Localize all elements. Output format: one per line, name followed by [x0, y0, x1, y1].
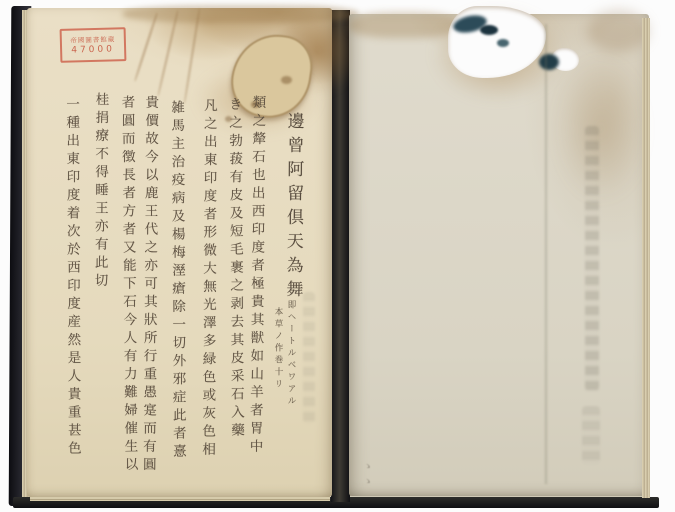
ink-scribble: ゝゝ — [359, 460, 375, 490]
book-gutter — [331, 10, 350, 502]
mold-spot-teal — [480, 25, 498, 35]
text-column-1: 類之犛石也出西印度者極貴其獣如山羊者胃中 — [244, 95, 267, 457]
wrinkle-line — [184, 8, 201, 103]
torn-hole-large — [448, 6, 546, 78]
entry-title: 邊曾阿留倶天為舞 — [280, 112, 306, 304]
text-column-6: 者圓而徴長者方者又能下石今人有力難婦催生以 — [116, 95, 139, 475]
ink-bleedthrough-strip — [582, 406, 600, 464]
page-fore-edge-right — [642, 18, 650, 498]
mold-spot-teal — [539, 54, 559, 70]
mold-spot-teal — [452, 13, 489, 36]
torn-hole-small — [552, 48, 579, 71]
text-column-2: き之勃菝有皮及短毛裹之剥去其皮采石入藥 — [224, 97, 246, 441]
wrinkle-line — [134, 12, 158, 81]
stain-dot — [281, 76, 292, 84]
left-page: 帝國圖書館藏 47000 邊曾阿留倶天為舞 即ヘートルベワアル 本草ノ作巻十リ … — [27, 8, 332, 497]
photo-background: 帝國圖書館藏 47000 邊曾阿留倶天為舞 即ヘートルベワアル 本草ノ作巻十リ … — [0, 0, 675, 512]
library-stamp: 帝國圖書館藏 47000 — [60, 27, 127, 63]
annotation-note-1: 即ヘートルベワアル — [285, 300, 297, 408]
text-column-4: 雑馬主治疫病及楊梅溼瘡除一切外邪症此者憙 — [166, 100, 188, 462]
text-column-8: 一種出東印度着次於西印度産然是人貴重甚色 — [61, 97, 83, 459]
stain-ring-around-hole — [432, 6, 564, 102]
ink-bleedthrough-strip — [585, 126, 599, 391]
stamp-text: 帝國圖書館藏 — [70, 34, 115, 44]
wrinkle-line — [157, 10, 179, 96]
paper-crease-line — [545, 24, 547, 484]
text-column-3: 凡之出東印度者形微大無光澤多緑色或灰色相 — [197, 98, 219, 460]
stain-streak-right — [557, 58, 645, 200]
stamp-number: 47000 — [71, 44, 115, 55]
right-page: ゝゝ — [349, 14, 649, 496]
annotation-note-2: 本草ノ作巻十リ — [272, 307, 284, 391]
stain-top-band — [123, 5, 358, 23]
text-column-5: 貴價故今以鹿王代之亦可其狀所行重愚寔而有圓 — [138, 95, 161, 475]
stain-top-band — [349, 12, 459, 38]
mold-spot-teal — [497, 39, 509, 47]
stain-top-corner — [587, 10, 649, 52]
text-column-7: 桂捐療不得睡王亦有此切 — [89, 92, 110, 291]
ink-bleedthrough-strip — [303, 292, 315, 424]
